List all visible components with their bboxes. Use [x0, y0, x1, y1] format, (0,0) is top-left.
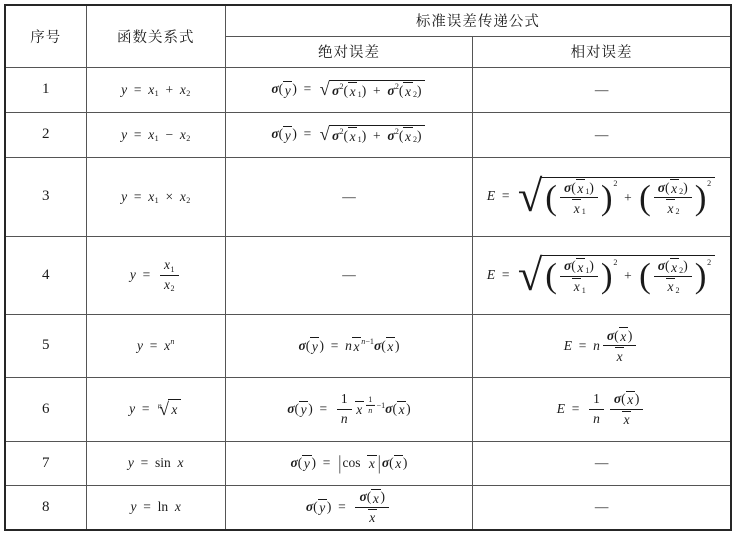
- header-formula-group: 标准误差传递公式: [225, 5, 731, 36]
- table-row: 7 y = sin x σ(y) = |cos x|σ(x) —: [5, 441, 731, 485]
- serial-cell: 3: [5, 157, 86, 236]
- table-row: 4 y = x1x2 — E = √(σ(x1)x1)2 + (σ(x2)x2)…: [5, 236, 731, 314]
- relative-error-cell: E = nσ(x)x: [473, 314, 731, 377]
- function-cell: y = x1 × x2: [86, 157, 225, 236]
- absolute-error-cell: σ(y) = nxn−1σ(x): [225, 314, 472, 377]
- function-cell: y = x1 + x2: [86, 67, 225, 112]
- header-function: 函数关系式: [86, 5, 225, 67]
- table-row: 3 y = x1 × x2 — E = √(σ(x1)x1)2 + (σ(x2)…: [5, 157, 731, 236]
- table-row: 8 y = ln x σ(y) = σ(x)x —: [5, 485, 731, 530]
- serial-cell: 7: [5, 441, 86, 485]
- function-cell: y = x1x2: [86, 236, 225, 314]
- header-absolute-error: 绝对误差: [225, 36, 472, 67]
- table-row: 5 y = xn σ(y) = nxn−1σ(x) E = nσ(x)x: [5, 314, 731, 377]
- absolute-error-cell: —: [225, 157, 472, 236]
- function-cell: y = ln x: [86, 485, 225, 530]
- function-cell: y = sin x: [86, 441, 225, 485]
- header-serial: 序号: [5, 5, 86, 67]
- error-propagation-table: 序号 函数关系式 标准误差传递公式 绝对误差 相对误差 1 y = x1 + x…: [4, 4, 732, 531]
- serial-cell: 5: [5, 314, 86, 377]
- relative-error-cell: —: [473, 441, 731, 485]
- relative-error-cell: —: [473, 67, 731, 112]
- serial-cell: 4: [5, 236, 86, 314]
- document-page: 序号 函数关系式 标准误差传递公式 绝对误差 相对误差 1 y = x1 + x…: [0, 0, 736, 535]
- header-relative-error: 相对误差: [473, 36, 731, 67]
- function-cell: y = n√x: [86, 377, 225, 441]
- absolute-error-cell: —: [225, 236, 472, 314]
- function-cell: y = xn: [86, 314, 225, 377]
- serial-cell: 8: [5, 485, 86, 530]
- absolute-error-cell: σ(y) = 1nx1n−1σ(x): [225, 377, 472, 441]
- relative-error-cell: E = √(σ(x1)x1)2 + (σ(x2)x2)2: [473, 236, 731, 314]
- table-row: 6 y = n√x σ(y) = 1nx1n−1σ(x) E = 1nσ(x)x: [5, 377, 731, 441]
- header-row-1: 序号 函数关系式 标准误差传递公式: [5, 5, 731, 36]
- relative-error-cell: E = √(σ(x1)x1)2 + (σ(x2)x2)2: [473, 157, 731, 236]
- absolute-error-cell: σ(y) = √σ2(x1) + σ2(x2): [225, 112, 472, 157]
- serial-cell: 1: [5, 67, 86, 112]
- absolute-error-cell: σ(y) = √σ2(x1) + σ2(x2): [225, 67, 472, 112]
- relative-error-cell: —: [473, 485, 731, 530]
- function-cell: y = x1 − x2: [86, 112, 225, 157]
- relative-error-cell: E = 1nσ(x)x: [473, 377, 731, 441]
- serial-cell: 6: [5, 377, 86, 441]
- table-row: 2 y = x1 − x2 σ(y) = √σ2(x1) + σ2(x2) —: [5, 112, 731, 157]
- absolute-error-cell: σ(y) = σ(x)x: [225, 485, 472, 530]
- absolute-error-cell: σ(y) = |cos x|σ(x): [225, 441, 472, 485]
- serial-cell: 2: [5, 112, 86, 157]
- relative-error-cell: —: [473, 112, 731, 157]
- table-row: 1 y = x1 + x2 σ(y) = √σ2(x1) + σ2(x2) —: [5, 67, 731, 112]
